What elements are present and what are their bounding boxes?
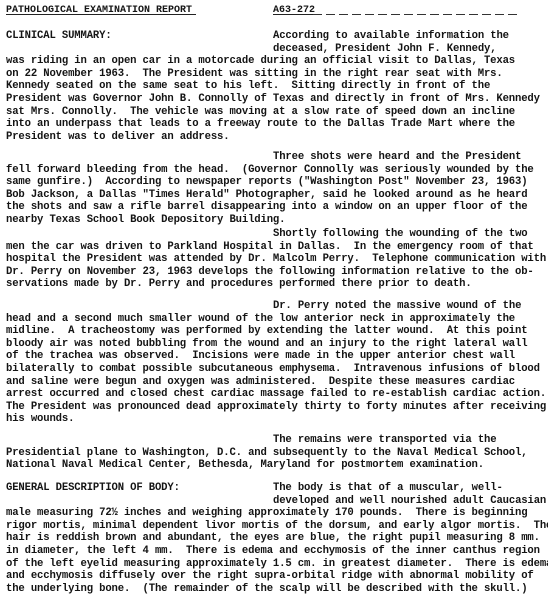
text-line: of the trachea was observed. Incisions w… <box>6 350 515 362</box>
text-line: Shortly following the wounding of the tw… <box>273 228 528 240</box>
text-line: on 22 November 1963. The President was s… <box>6 68 503 80</box>
text-line: sat Mrs. Connolly. The vehicle was movin… <box>6 106 515 118</box>
text-line: developed and well nourished adult Cauca… <box>273 495 546 507</box>
report-title: PATHOLOGICAL EXAMINATION REPORT <box>6 5 192 17</box>
text-line: head and a second much smaller wound of … <box>6 313 515 325</box>
text-line: Dr. Perry noted the massive wound of the <box>273 300 521 312</box>
text-line: and ecchymosis diffusely over the right … <box>6 570 534 582</box>
text-line: According to available information the <box>273 30 509 42</box>
text-line: Presidential plane to Washington, D.C. a… <box>6 447 527 459</box>
text-line: servations made by Dr. Perry and procedu… <box>6 278 472 290</box>
text-line: the underlying bone. (The remainder of t… <box>6 583 527 595</box>
clinical-summary-heading: CLINICAL SUMMARY: <box>6 30 112 42</box>
text-line: nearby Texas School Book Depository Buil… <box>6 214 285 226</box>
text-line: Kennedy seated on the same seat to his l… <box>6 80 490 92</box>
text-line: his wounds. <box>6 413 74 425</box>
text-line: of the left eyelid measuring approximate… <box>6 558 548 570</box>
text-line: and saline were begun and oxygen was adm… <box>6 376 515 388</box>
text-line: the shots and saw a rifle barrel disappe… <box>6 201 527 213</box>
text-line: The body is that of a muscular, well- <box>273 482 503 494</box>
text-line: The remains were transported via the <box>273 434 496 446</box>
text-line: in diameter, the left 4 mm. There is ede… <box>6 545 540 557</box>
general-description-heading: GENERAL DESCRIPTION OF BODY: <box>6 482 180 494</box>
text-line: fell forward bleeding from the head. (Go… <box>6 164 534 176</box>
text-line: men the car was driven to Parkland Hospi… <box>6 241 534 253</box>
text-line: same gunfire.) According to newspaper re… <box>6 176 527 188</box>
header-rule <box>313 14 519 15</box>
text-line: midline. A tracheostomy was performed by… <box>6 325 527 337</box>
text-line: Dr. Perry on November 23, 1963 develops … <box>6 266 534 278</box>
text-line: President was Governor John B. Connolly … <box>6 93 540 105</box>
text-line: National Naval Medical Center, Bethesda,… <box>6 459 484 471</box>
text-line: hair is reddish brown and abundant, the … <box>6 532 540 544</box>
text-line: Bob Jackson, a Dallas "Times Herald" Pho… <box>6 189 527 201</box>
text-line: rigor mortis, minimal dependent livor mo… <box>6 520 548 532</box>
text-line: into an underpass that leads to a freewa… <box>6 118 515 130</box>
report-page: PATHOLOGICAL EXAMINATION REPORT A63-272 … <box>0 0 548 599</box>
text-line: bilaterally to combat possible subcutane… <box>6 363 540 375</box>
text-line: hospital the President was attended by D… <box>6 253 546 265</box>
text-line: was riding in an open car in a motorcade… <box>6 55 515 67</box>
title-underline <box>6 14 196 15</box>
case-underline <box>273 14 313 15</box>
text-line: male measuring 72½ inches and weighing a… <box>6 507 527 519</box>
case-number: A63-272 <box>273 5 315 17</box>
text-line: deceased, President John F. Kennedy, <box>273 43 496 55</box>
text-line: arrest occurred and closed chest cardiac… <box>6 388 546 400</box>
text-line: bloody air was noted bubbling from the w… <box>6 338 527 350</box>
text-line: Three shots were heard and the President <box>273 151 521 163</box>
text-line: The President was pronounced dead approx… <box>6 401 546 413</box>
text-line: President was to deliver an address. <box>6 131 229 143</box>
